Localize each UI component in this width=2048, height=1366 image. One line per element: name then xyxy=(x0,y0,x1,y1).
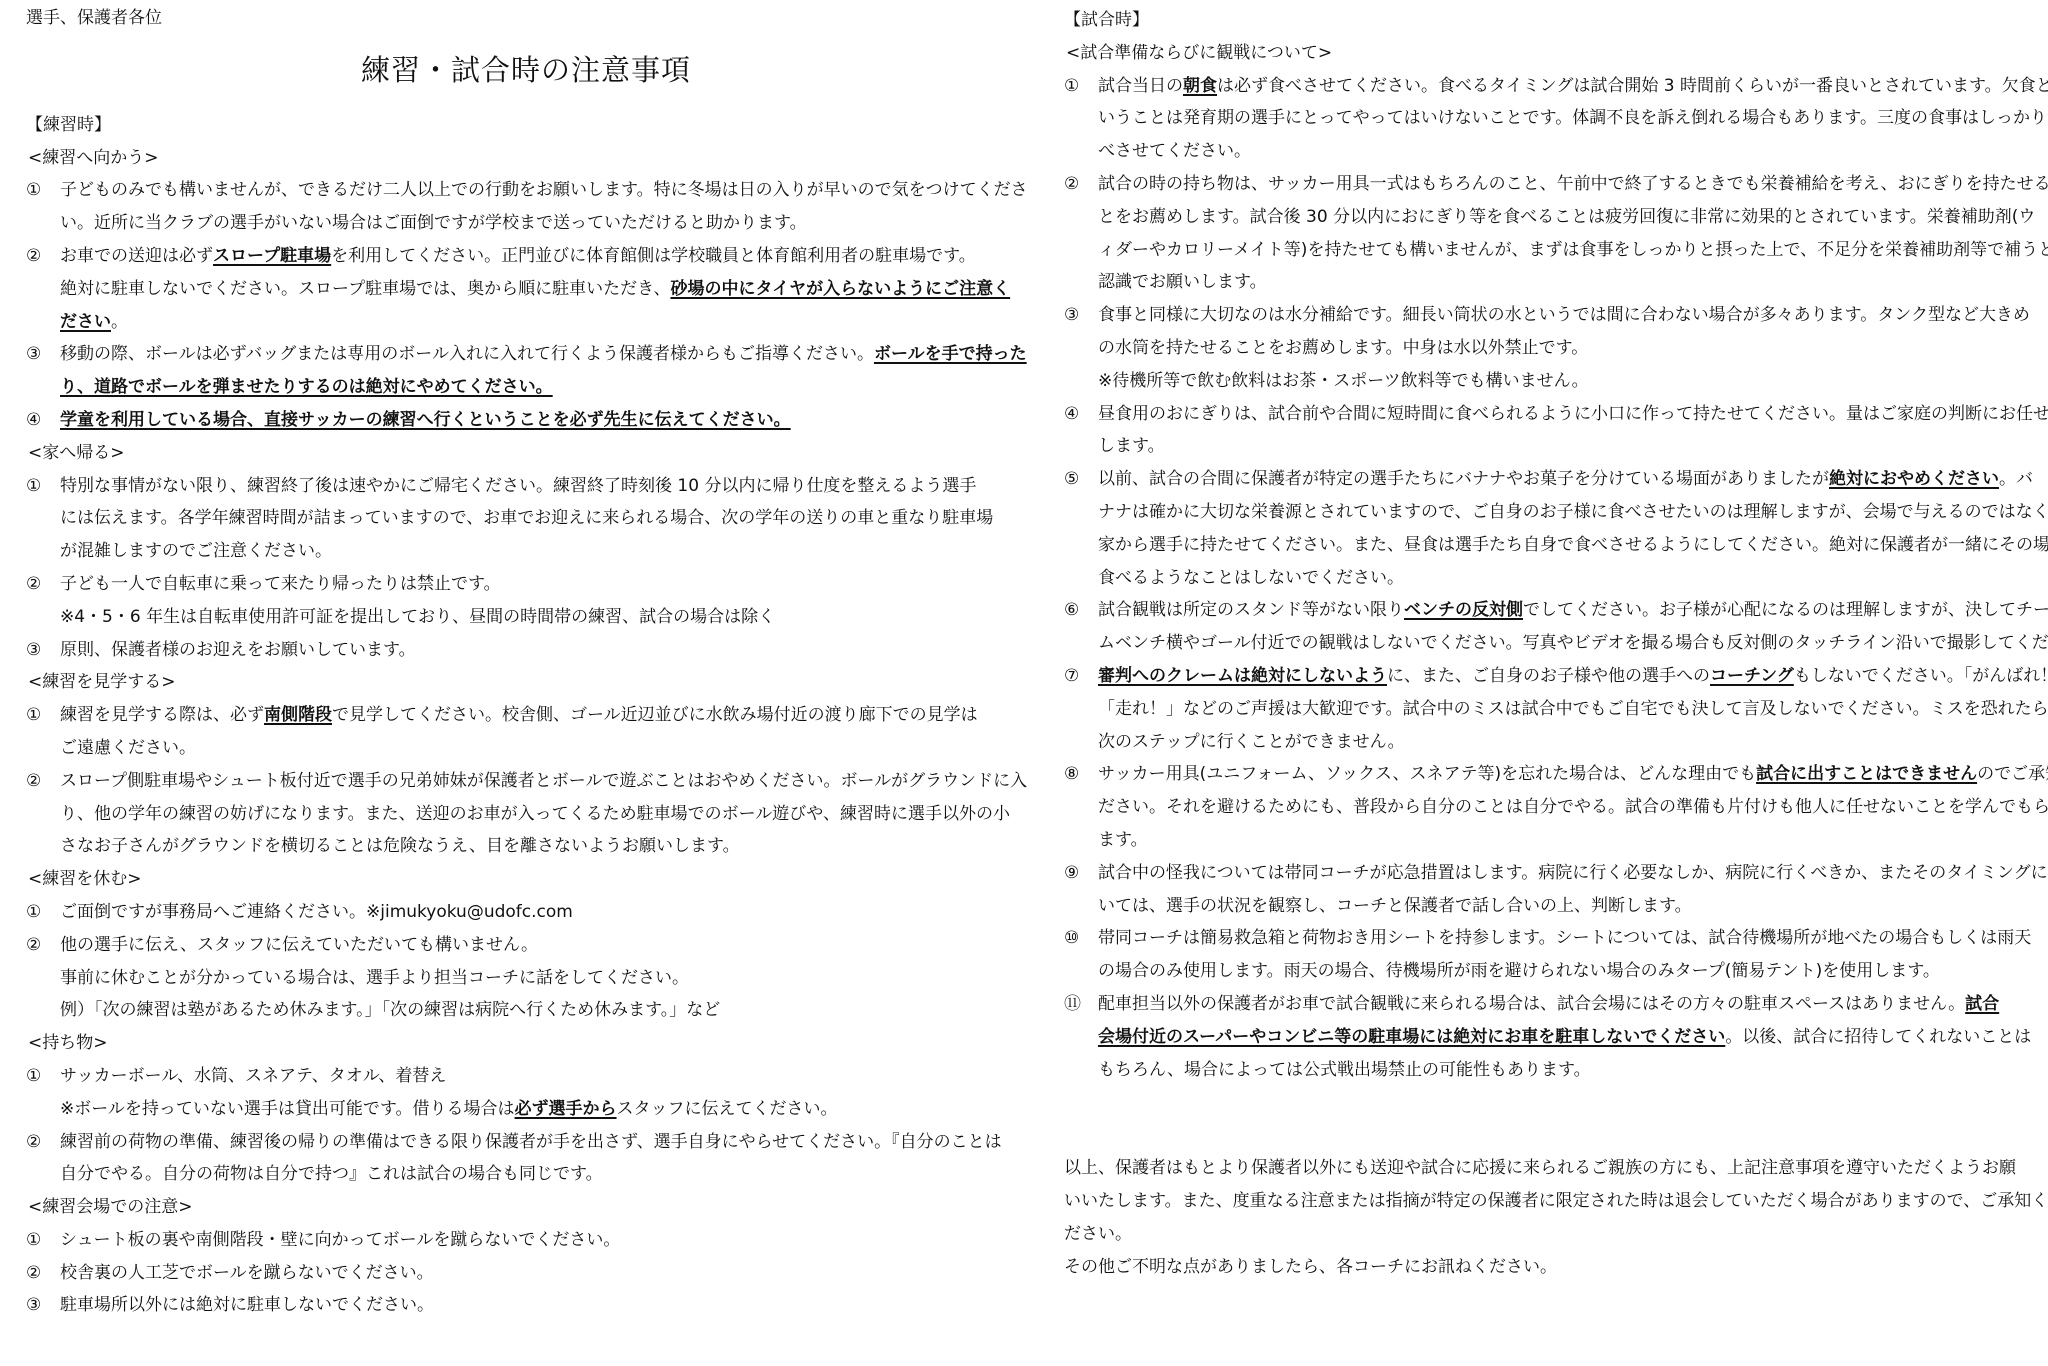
page-title: 練習・試合時の注意事項 xyxy=(26,35,1016,109)
item-text: の場合のみ使用します。雨天の場合、待機場所が雨を避けられない場合のみタープ(簡易… xyxy=(1098,955,2031,988)
item-text: を利用してください。正門並びに体育館側は学校職員と体育館利用者の駐車場です。 xyxy=(331,246,976,266)
list-item: ③ 原則、保護者様のお迎えをお願いしています。 xyxy=(26,634,1016,667)
closing-text: いいたします。また、度重なる注意または指摘が特定の保護者に限定された時は退会して… xyxy=(1064,1185,2029,1218)
emphasis-text: 会場付近のスーパーやコンビニ等の駐車場には絶対にお車を駐車しないでください xyxy=(1098,1027,1725,1047)
item-number: ② xyxy=(1064,168,1098,201)
emphasis-text: 審判へのクレームは絶対にしないよう xyxy=(1098,666,1387,686)
item-number: ④ xyxy=(26,404,60,437)
list-item: ③ 食事と同様に大切なのは水分補給です。細長い筒状の水というでは間に合わない場合… xyxy=(1064,299,2029,397)
item-text: 認識でお願いします。 xyxy=(1098,266,2048,299)
list-item: ④ 昼食用のおにぎりは、試合前や合間に短時間に食べられるように小口に作って持たせ… xyxy=(1064,398,2029,464)
item-number: ⑧ xyxy=(1064,758,1098,791)
item-text: スロープ側駐車場やシュート板付近で選手の兄弟姉妹が保護者とボールで遊ぶことはおや… xyxy=(60,765,1027,798)
item-text: でしてください。お子様が心配になるのは理解しますが、決してチー xyxy=(1523,600,2048,620)
item-text: ムベンチ横やゴール付近での観戦はしないでください。写真やビデオを撮る場合も反対側… xyxy=(1098,627,2048,660)
item-number: ① xyxy=(26,1224,60,1257)
item-text: 事前に休むことが分かっている場合は、選手より担当コーチに話をしてください。 xyxy=(60,962,1016,995)
item-text: ナナは確かに大切な栄養源とされていますので、ご自身のお子様に食べさせたいのは理解… xyxy=(1098,496,2048,529)
item-text: 食べるようなことはしないでください。 xyxy=(1098,562,2048,595)
item-text: お車での送迎は必ず xyxy=(60,246,213,266)
subsection-heading-venue: <練習会場での注意> xyxy=(26,1191,1016,1224)
list-item: ① 子どものみでも構いませんが、できるだけ二人以上での行動をお願いします。特に冬… xyxy=(26,174,1016,240)
item-number: ① xyxy=(26,174,60,207)
item-text: 「走れ！」などのご声援は大歓迎です。試合中のミスは試合中でもご自宅でも決して言及… xyxy=(1098,693,2048,726)
item-text: 校舎裏の人工芝でボールを蹴らないでください。 xyxy=(60,1257,1016,1290)
item-text: ご遠慮ください。 xyxy=(60,732,1016,765)
item-text: は必ず食べさせてください。食べるタイミングは試合開始 3 時間前くらいが一番良い… xyxy=(1217,76,2048,96)
item-text: 試合当日の xyxy=(1098,76,1183,96)
item-text: 試合観戦は所定のスタンド等がない限り xyxy=(1098,600,1404,620)
item-number: ③ xyxy=(26,1289,60,1322)
subsection-heading-going: <練習へ向かう> xyxy=(26,142,1016,175)
subsection-heading-absence: <練習を休む> xyxy=(26,863,1016,896)
emphasis-text: ださい xyxy=(60,312,111,332)
item-text: 試合中の怪我については帯同コーチが応急措置はします。病院に行く必要なしか、病院に… xyxy=(1098,857,2048,890)
item-text: ださい。それを避けるためにも、普段から自分のことは自分でやる。試合の準備も片付け… xyxy=(1098,791,2048,824)
item-number: ⑤ xyxy=(1064,463,1098,496)
item-number: ② xyxy=(26,568,60,601)
emphasis-text: 絶対におやめください xyxy=(1829,469,1999,489)
item-number: ① xyxy=(26,1060,60,1093)
emphasis-text: 学童を利用している場合、直接サッカーの練習へ行くということを必ず先生に伝えてくだ… xyxy=(60,410,791,430)
item-text: さなお子さんがグラウンドを横切ることは危険なうえ、目を離さないようお願いします。 xyxy=(60,830,1027,863)
left-column: 選手、保護者各位 練習・試合時の注意事項 【練習時】 <練習へ向かう> ① 子ど… xyxy=(26,0,1016,1322)
item-text: 子どものみでも構いませんが、できるだけ二人以上での行動をお願いします。特に冬場は… xyxy=(60,174,1028,207)
item-number: ④ xyxy=(1064,398,1098,431)
item-text: 他の選手に伝え、スタッフに伝えていただいても構いません。 xyxy=(60,929,1016,962)
item-text: 駐車場所以外には絶対に駐車しないでください。 xyxy=(60,1289,1016,1322)
item-number: ③ xyxy=(26,338,60,371)
subsection-heading-belongings: <持ち物> xyxy=(26,1027,1016,1060)
list-item: ⑧ サッカー用具(ユニフォーム、ソックス、スネアテ等)を忘れた場合は、どんな理由… xyxy=(1064,758,2029,856)
item-text: 以前、試合の合間に保護者が特定の選手たちにバナナやお菓子を分けている場面がありま… xyxy=(1098,469,1829,489)
item-text: い。近所に当クラブの選手がいない場合はご面倒ですが学校まで送っていただけると助か… xyxy=(60,207,1028,240)
item-note: ※4・5・6 年生は自転車使用許可証を提出しており、昼間の時間帯の練習、試合の場… xyxy=(60,601,1016,634)
list-item: ① 試合当日の朝食は必ず食べさせてください。食べるタイミングは試合開始 3 時間… xyxy=(1064,70,2029,168)
item-number: ② xyxy=(26,1126,60,1159)
item-text: ます。 xyxy=(1098,824,2048,857)
item-text: 次のステップに行くことができません。 xyxy=(1098,726,2048,759)
item-number: ① xyxy=(1064,70,1098,103)
item-number: ① xyxy=(26,470,60,503)
item-text: 試合の時の持ち物は、サッカー用具一式はもちろんのこと、午前中で終了するときでも栄… xyxy=(1098,168,2048,201)
item-text: 絶対に駐車しないでください。スロープ駐車場では、奥から順に駐車いただき、 xyxy=(60,279,670,299)
item-text: サッカーボール、水筒、スネアテ、タオル、着替え xyxy=(60,1060,1016,1093)
item-text: 練習を見学する際は、必ず xyxy=(60,705,264,725)
item-text: が混雑しますのでご注意ください。 xyxy=(60,535,1016,568)
list-item: ⑦ 審判へのクレームは絶対にしないように、また、ご自身のお子様や他の選手へのコー… xyxy=(1064,660,2029,758)
item-text: 家から選手に持たせてください。また、昼食は選手たち自身で食べさせるようにしてくだ… xyxy=(1098,529,2048,562)
item-text: 子ども一人で自転車に乗って来たり帰ったりは禁止です。 xyxy=(60,568,1016,601)
emphasis-text: スロープ駐車場 xyxy=(213,246,331,266)
list-item: ② 子ども一人で自転車に乗って来たり帰ったりは禁止です。 ※4・5・6 年生は自… xyxy=(26,568,1016,634)
emphasis-text: 朝食 xyxy=(1183,76,1217,96)
emphasis-text: ベンチの反対側 xyxy=(1404,600,1523,620)
item-number: ⑥ xyxy=(1064,594,1098,627)
item-text: 帯同コーチは簡易救急箱と荷物おき用シートを持参します。シートについては、試合待機… xyxy=(1098,922,2031,955)
emphasis-text: 砂場の中にタイヤが入らないようにご注意く xyxy=(670,279,1010,299)
item-example: 例）「次の練習は塾があるため休みます。」「次の練習は病院へ行くため休みます。」な… xyxy=(60,994,1016,1027)
item-text: の水筒を持たせることをお薦めします。中身は水以外禁止です。 xyxy=(1098,332,2030,365)
item-text: シュート板の裏や南側階段・壁に向かってボールを蹴らないでください。 xyxy=(60,1224,1016,1257)
list-item: ① 練習を見学する際は、必ず南側階段で見学してください。校舎側、ゴール近辺並びに… xyxy=(26,699,1016,765)
item-text: とをお薦めします。試合後 30 分以内におにぎり等を食べることは疲労回復に非常に… xyxy=(1098,201,2048,234)
list-item: ④ 学童を利用している場合、直接サッカーの練習へ行くということを必ず先生に伝えて… xyxy=(26,404,1016,437)
list-item: ② 校舎裏の人工芝でボールを蹴らないでください。 xyxy=(26,1257,1016,1290)
list-item: ⑥ 試合観戦は所定のスタンド等がない限りベンチの反対側でしてください。お子様が心… xyxy=(1064,594,2029,660)
emphasis-text: コーチング xyxy=(1710,666,1794,686)
item-text: には伝えます。各学年練習時間が詰まっていますので、お車でお迎えに来られる場合、次… xyxy=(60,502,1016,535)
item-note: ※ボールを持っていない選手は貸出可能です。借りる場合は xyxy=(60,1099,515,1119)
list-item: ① シュート板の裏や南側階段・壁に向かってボールを蹴らないでください。 xyxy=(26,1224,1016,1257)
item-text: 配車担当以外の保護者がお車で試合観戦に来られる場合は、試合会場にはその方々の駐車… xyxy=(1098,994,1965,1014)
item-text: のでご承知く xyxy=(1977,764,2048,784)
emphasis-text: 必ず選手から xyxy=(515,1099,617,1119)
list-item: ③ 移動の際、ボールは必ずバッグまたは専用のボール入れに入れて行くよう保護者様か… xyxy=(26,338,1016,404)
emphasis-text: 試合 xyxy=(1965,994,1999,1014)
item-text: します。 xyxy=(1098,430,2048,463)
item-text: に、また、ご自身のお子様や他の選手への xyxy=(1387,666,1710,686)
item-text: 移動の際、ボールは必ずバッグまたは専用のボール入れに入れて行くよう保護者様からも… xyxy=(60,344,874,364)
closing-text: 以上、保護者はもとより保護者以外にも送迎や試合に応援に来られるご親族の方にも、上… xyxy=(1064,1152,2029,1185)
list-item: ② 他の選手に伝え、スタッフに伝えていただいても構いません。 事前に休むことが分… xyxy=(26,929,1016,1027)
item-text: もちろん、場合によっては公式戦出場禁止の可能性もあります。 xyxy=(1098,1054,2031,1087)
item-number: ③ xyxy=(1064,299,1098,332)
item-number: ③ xyxy=(26,634,60,667)
item-number: ② xyxy=(26,929,60,962)
item-text: で見学してください。校舎側、ゴール近辺並びに水飲み場付近の渡り廊下での見学は xyxy=(332,705,978,725)
subsection-heading-watch: <練習を見学する> xyxy=(26,666,1016,699)
item-text: もしないでください。「がんばれ！」、 xyxy=(1794,666,2048,686)
item-text: 食事と同様に大切なのは水分補給です。細長い筒状の水というでは間に合わない場合が多… xyxy=(1098,299,2030,332)
item-text: サッカー用具(ユニフォーム、ソックス、スネアテ等)を忘れた場合は、どんな理由でも xyxy=(1098,764,1756,784)
emphasis-text: 南側階段 xyxy=(264,705,332,725)
item-number: ⑦ xyxy=(1064,660,1098,693)
list-item: ② スロープ側駐車場やシュート板付近で選手の兄弟姉妹が保護者とボールで遊ぶことは… xyxy=(26,765,1016,863)
item-text: 原則、保護者様のお迎えをお願いしています。 xyxy=(60,634,1016,667)
right-column: 【試合時】 <試合準備ならびに観戦について> ① 試合当日の朝食は必ず食べさせて… xyxy=(1064,0,2029,1283)
item-note: スタッフに伝えてください。 xyxy=(617,1099,838,1119)
contact-email-text: ご面倒ですが事務局へご連絡ください。※jimukyoku@udofc.com xyxy=(60,896,1016,929)
item-number: ⑪ xyxy=(1064,988,1098,1021)
item-number: ⑨ xyxy=(1064,857,1098,890)
list-item: ① ご面倒ですが事務局へご連絡ください。※jimukyoku@udofc.com xyxy=(26,896,1016,929)
item-number: ① xyxy=(26,896,60,929)
list-item: ① サッカーボール、水筒、スネアテ、タオル、着替え ※ボールを持っていない選手は… xyxy=(26,1060,1016,1126)
item-text: 。以後、試合に招待してくれないことは xyxy=(1725,1027,2031,1047)
item-text: 昼食用のおにぎりは、試合前や合間に短時間に食べられるように小口に作って持たせてく… xyxy=(1098,398,2048,431)
list-item: ⑤ 以前、試合の合間に保護者が特定の選手たちにバナナやお菓子を分けている場面があ… xyxy=(1064,463,2029,594)
emphasis-text: り、道路でボールを弾ませたりするのは絶対にやめてください。 xyxy=(60,377,553,397)
item-text: 練習前の荷物の準備、練習後の帰りの準備はできる限り保護者が手を出さず、選手自身に… xyxy=(60,1126,1016,1159)
subsection-heading-home: <家へ帰る> xyxy=(26,437,1016,470)
item-text: いては、選手の状況を観察し、コーチと保護者で話し合いの上、判断します。 xyxy=(1098,890,2048,923)
item-number: ② xyxy=(26,765,60,798)
item-number: ② xyxy=(26,240,60,273)
item-text: 。 xyxy=(111,312,128,332)
section-heading-practice: 【練習時】 xyxy=(26,109,1016,142)
item-note: ※待機所等で飲む飲料はお茶・スポーツ飲料等でも構いません。 xyxy=(1098,365,2030,398)
list-item: ⑩ 帯同コーチは簡易救急箱と荷物おき用シートを持参します。シートについては、試合… xyxy=(1064,922,2029,988)
emphasis-text: 試合に出すことはできません xyxy=(1756,764,1977,784)
addressee: 選手、保護者各位 xyxy=(26,2,1016,35)
item-text: ィダーやカロリーメイト等)を持たせても構いませんが、まずは食事をしっかりと摂った… xyxy=(1098,234,2048,267)
list-item: ⑪ 配車担当以外の保護者がお車で試合観戦に来られる場合は、試合会場にはその方々の… xyxy=(1064,988,2029,1086)
item-text: いうことは発育期の選手にとってやってはいけないことです。体調不良を訴え倒れる場合… xyxy=(1098,102,2048,135)
closing-paragraph: 以上、保護者はもとより保護者以外にも送迎や試合に応援に来られるご親族の方にも、上… xyxy=(1064,1152,2029,1283)
item-number: ② xyxy=(26,1257,60,1290)
item-number: ⑩ xyxy=(1064,922,1098,955)
list-item: ③ 駐車場所以外には絶対に駐車しないでください。 xyxy=(26,1289,1016,1322)
closing-text: ださい。 xyxy=(1064,1218,2029,1251)
item-text: 。バ xyxy=(1999,469,2033,489)
emphasis-text: ボールを手で持った xyxy=(874,344,1027,364)
list-item: ② お車での送迎は必ずスロープ駐車場を利用してください。正門並びに体育館側は学校… xyxy=(26,240,1016,338)
subsection-heading-match-prep: <試合準備ならびに観戦について> xyxy=(1064,37,2029,70)
spacer xyxy=(1064,1086,2029,1152)
item-text: 特別な事情がない限り、練習終了後は速やかにご帰宅ください。練習終了時刻後 10 … xyxy=(60,470,1016,503)
item-number: ① xyxy=(26,699,60,732)
item-text: 自分でやる。自分の荷物は自分で持つ』これは試合の場合も同じです。 xyxy=(60,1158,1016,1191)
section-heading-match: 【試合時】 xyxy=(1064,4,2029,37)
item-text: り、他の学年の練習の妨げになります。また、送迎のお車が入ってくるため駐車場でのボ… xyxy=(60,798,1027,831)
list-item: ② 練習前の荷物の準備、練習後の帰りの準備はできる限り保護者が手を出さず、選手自… xyxy=(26,1126,1016,1192)
closing-text: その他ご不明な点がありましたら、各コーチにお訊ねください。 xyxy=(1064,1251,2029,1284)
item-text: べさせてください。 xyxy=(1098,135,2048,168)
list-item: ① 特別な事情がない限り、練習終了後は速やかにご帰宅ください。練習終了時刻後 1… xyxy=(26,470,1016,568)
list-item: ② 試合の時の持ち物は、サッカー用具一式はもちろんのこと、午前中で終了するときで… xyxy=(1064,168,2029,299)
list-item: ⑨ 試合中の怪我については帯同コーチが応急措置はします。病院に行く必要なしか、病… xyxy=(1064,857,2029,923)
